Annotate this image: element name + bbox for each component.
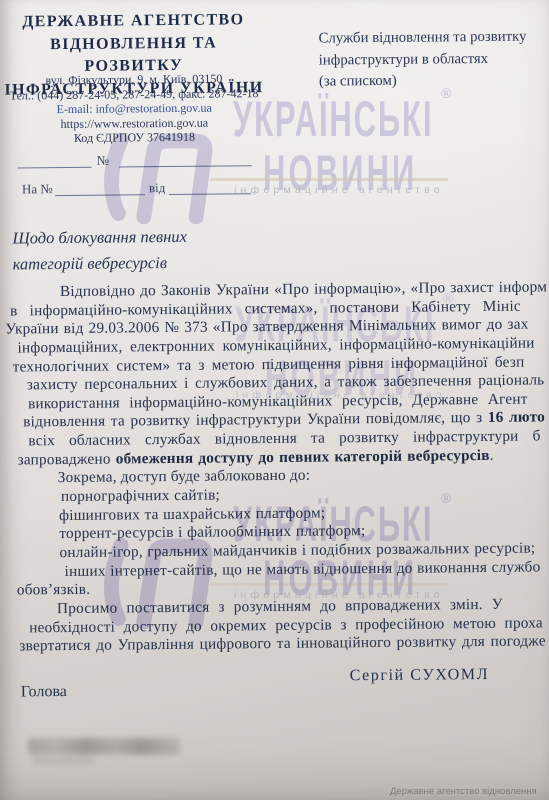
recipient-block: Служби відновлення та розвитку інфрастру… bbox=[318, 27, 527, 93]
signatory-name: Сергій СУХОМЛ bbox=[350, 666, 490, 685]
ref-no-label: № bbox=[97, 153, 110, 169]
ref-date-blank bbox=[119, 153, 252, 167]
org-name-line: ДЕРЖАВНЕ АГЕНТСТВО bbox=[0, 9, 267, 34]
ref-from-label: від bbox=[149, 180, 166, 196]
body-text: відновлення та розвитку інфраструктури У… bbox=[23, 409, 488, 430]
scanned-letter-photo: ДЕРЖАВНЕ АГЕНТСТВО ВІДНОВЛЕННЯ ТА РОЗВИТ… bbox=[0, 0, 549, 800]
redacted-text-blur bbox=[32, 757, 94, 765]
restriction-bold: обмеження доступу до певних категорій ве… bbox=[116, 447, 490, 468]
recipient-line: Служби відновлення та розвитку bbox=[318, 27, 526, 50]
body-line: звертатися до Управління цифрового та ін… bbox=[19, 633, 549, 657]
effective-date-bold: 16 люто bbox=[488, 409, 545, 427]
body-text: запроваджено bbox=[17, 450, 115, 468]
letter-body: Відповідно до Законів України «Про інфор… bbox=[12, 278, 549, 656]
ref-number-blank bbox=[18, 155, 92, 169]
recipient-line: інфраструктури в областях bbox=[319, 48, 527, 71]
ref-on-no-blank bbox=[55, 182, 145, 196]
ref-on-no-label: На № bbox=[22, 181, 53, 197]
ref-from-blank bbox=[169, 181, 251, 195]
letterhead-contacts: вул. Фізкультури, 9, м. Київ, 03150 Тел.… bbox=[0, 71, 269, 147]
signatory-title: Голова bbox=[21, 683, 67, 701]
letter-sheet: ДЕРЖАВНЕ АГЕНТСТВО ВІДНОВЛЕННЯ ТА РОЗВИТ… bbox=[0, 0, 549, 800]
org-edrpou-code: Код ЄДРПОУ 37641918 bbox=[0, 129, 268, 146]
org-phone: Тел.: (044) 287-24-05, 287-24-49, факс: … bbox=[0, 86, 268, 103]
footer-stamp-text: Державне агентство відновлення bbox=[390, 786, 537, 797]
body-text: . bbox=[490, 447, 494, 464]
subject-line: Щодо блокування певних bbox=[12, 224, 187, 251]
subject-line: категорій вебресурсів bbox=[13, 249, 188, 276]
subject-block: Щодо блокування певних категорій вебресу… bbox=[12, 224, 187, 277]
redacted-text-blur bbox=[28, 738, 180, 755]
recipient-line: (за списком) bbox=[319, 70, 527, 93]
